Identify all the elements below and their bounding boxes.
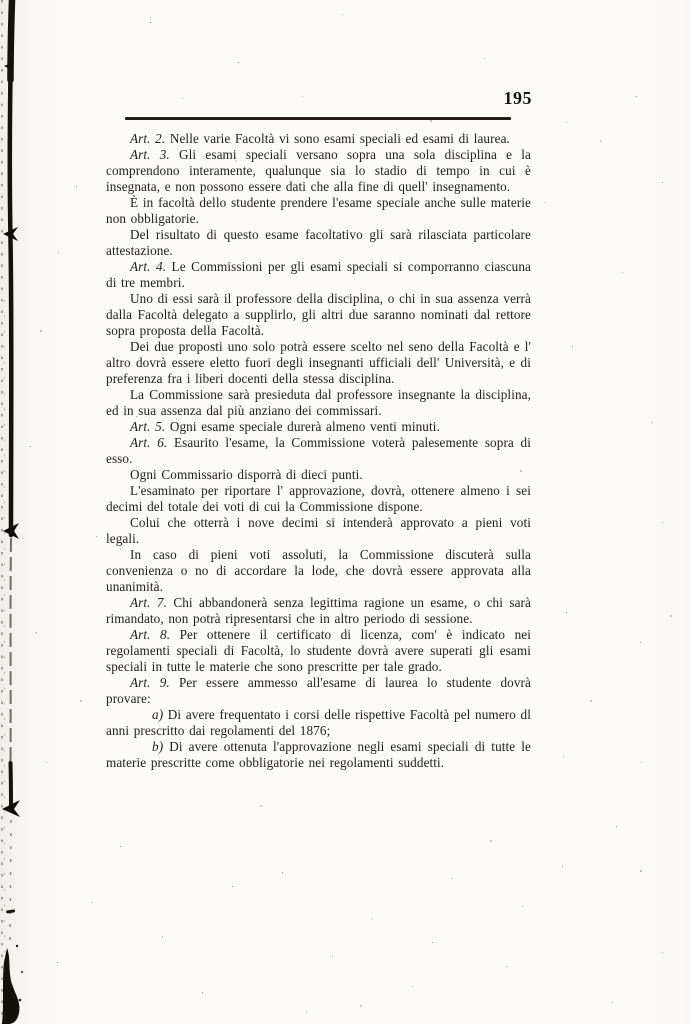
paragraph: È in facoltà dello studente prendere l'e… xyxy=(106,195,531,227)
gutter-bottom-blob xyxy=(2,948,19,1024)
article-lead: Art. 9. xyxy=(130,675,170,690)
article-lead: Art. 3. xyxy=(130,147,170,162)
article-lead: Art. 8. xyxy=(130,627,170,642)
article-lead: Art. 6. xyxy=(130,435,167,450)
article-lead: Art. 2. xyxy=(130,131,165,146)
paragraph: Ogni Commissario disporrà di dieci punti… xyxy=(106,467,531,483)
paragraph: Colui che otterrà i nove decimi si inten… xyxy=(106,515,531,547)
paragraph-art-9: Art. 9. Per essere ammesso all'esame di … xyxy=(106,675,531,707)
paragraph-art-7: Art. 7. Chi abbandonerà senza legittima … xyxy=(106,595,531,627)
gutter-line-middle xyxy=(11,538,12,762)
paragraph: L'esaminato per riportare l' approvazion… xyxy=(106,483,531,515)
paragraph-art-5: Art. 5. Ogni esame speciale durerà almen… xyxy=(106,419,531,435)
paragraph-art-8: Art. 8. Per ottenere il certificato di l… xyxy=(106,627,531,675)
paragraph: La Commissione sarà presieduta dal profe… xyxy=(106,387,531,419)
article-lead: Art. 5. xyxy=(130,419,165,434)
gutter-blob-speck-3 xyxy=(19,999,22,1002)
gutter-blob-speck-1 xyxy=(16,945,18,947)
paragraph: In caso di pieni voti assoluti, la Commi… xyxy=(106,547,531,595)
paragraph-art-2: Art. 2. Nelle varie Facoltà vi sono esam… xyxy=(106,131,531,147)
book-binding-edge xyxy=(0,0,60,1024)
article-lead: Art. 4. xyxy=(130,259,166,274)
paragraph: Uno di essi sarà il professore della dis… xyxy=(106,291,531,339)
article-lead: b) xyxy=(152,739,163,754)
page-number: 195 xyxy=(504,88,533,109)
paragraph-a: a) Di avere frequentato i corsi delle ri… xyxy=(106,707,531,739)
paragraph-art-4: Art. 4. Le Commissioni per gli esami spe… xyxy=(106,259,531,291)
scan-noise-coarse xyxy=(0,0,2,2)
scanned-page: 195 Art. 2. Nelle varie Facoltà vi sono … xyxy=(0,0,690,1024)
article-lead: a) xyxy=(152,707,163,722)
article-lead: Art. 7. xyxy=(130,595,167,610)
paragraph: Del risultato di questo esame facoltativ… xyxy=(106,227,531,259)
gutter-line-lower xyxy=(11,763,12,808)
paragraph-b: b) Di avere ottenuta l'approvazione negl… xyxy=(106,739,531,771)
header-rule xyxy=(125,117,511,120)
gutter-dashes xyxy=(10,820,11,940)
paragraph-art-6: Art. 6. Esaurito l'esame, la Commissione… xyxy=(106,435,531,467)
paragraph-art-3: Art. 3. Gli esami speciali versano sopra… xyxy=(106,147,531,195)
paragraph: Dei due proposti uno solo potrà essere s… xyxy=(106,339,531,387)
gutter-dash-mark xyxy=(6,909,15,913)
gutter-blob-speck-2 xyxy=(21,971,23,973)
page-text: Art. 2. Nelle varie Facoltà vi sono esam… xyxy=(106,131,531,771)
